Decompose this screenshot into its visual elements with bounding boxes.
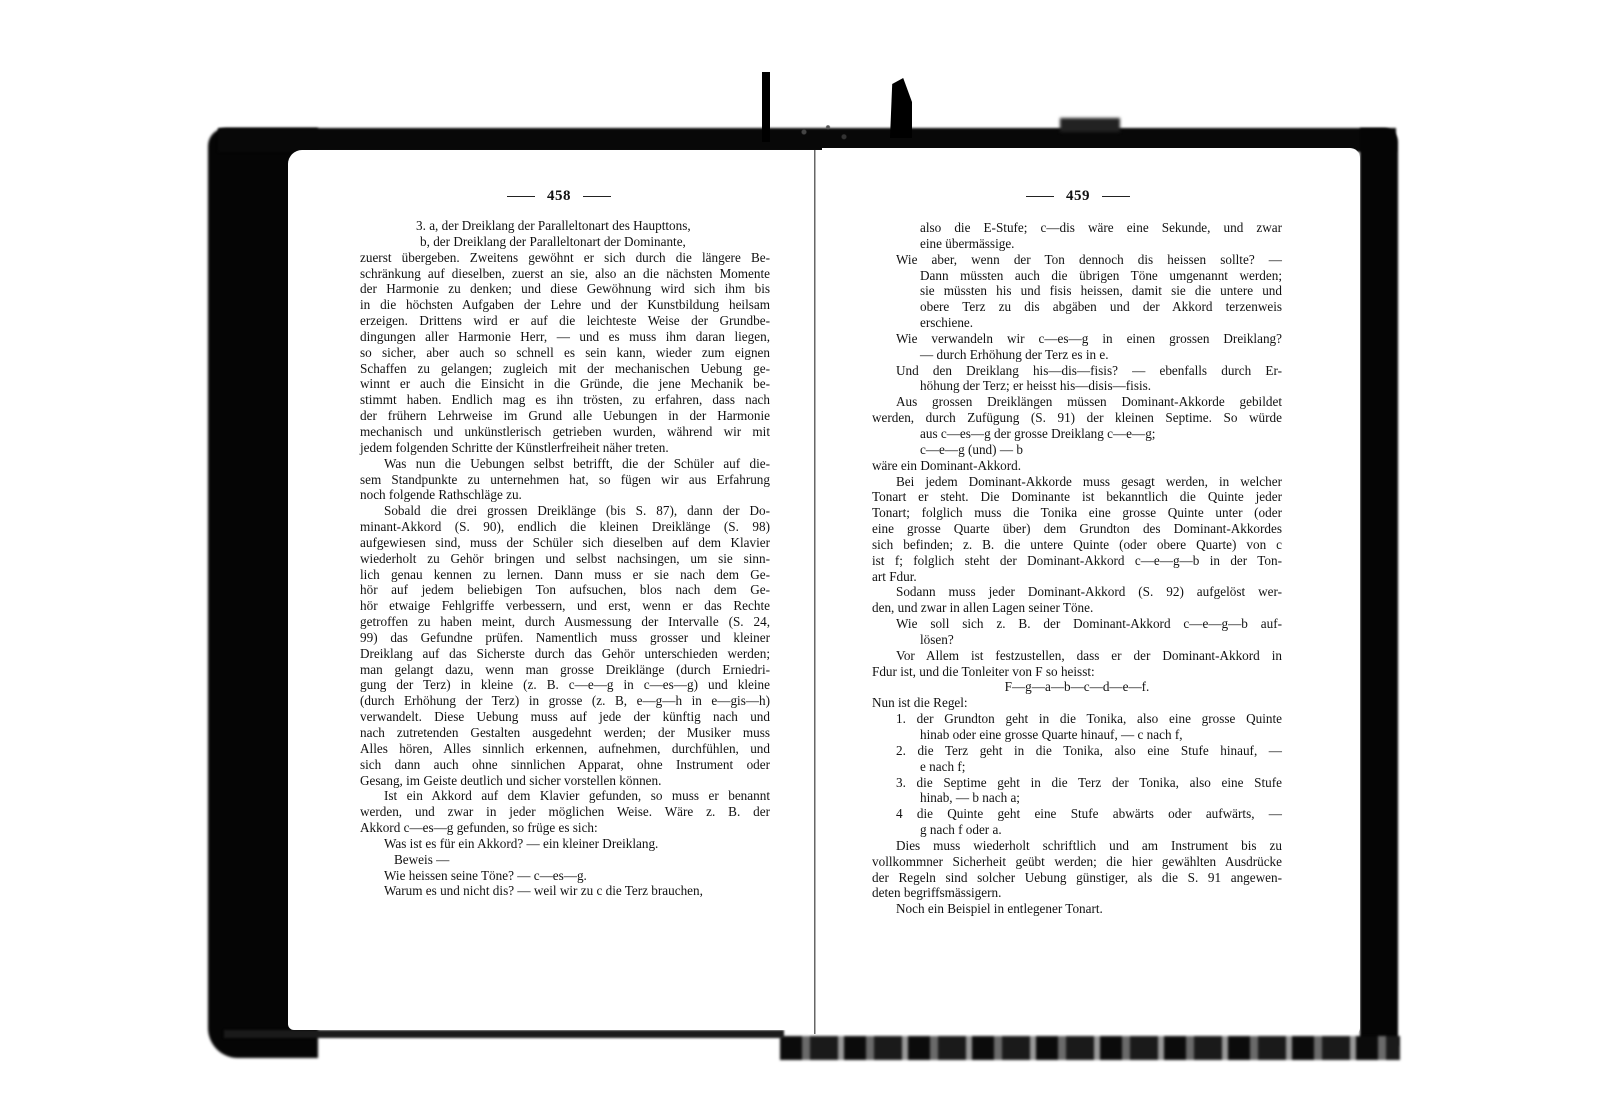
book-gutter (808, 150, 822, 1034)
page-number-text: 459 (1066, 188, 1090, 204)
text-line: hinab, — b nach a; (872, 790, 1282, 806)
scan-artifact-binding-tab (890, 78, 912, 138)
text-line: winnt er auch die Einsicht in die Gründe… (360, 376, 770, 392)
text-line: der Regeln sind solcher Uebung günstiger… (872, 870, 1282, 886)
text-line: Was nun die Uebungen selbst betrifft, di… (360, 456, 770, 472)
text-line: Tonart er steht. Die Dominante ist bekan… (872, 489, 1282, 505)
scanned-book-spread: 458 459 3. a, der Dreiklang der Parallel… (0, 0, 1600, 1108)
text-line: hinab oder eine grosse Quarte hinauf, — … (872, 727, 1282, 743)
text-line: Dies muss wiederholt schriftlich und am … (872, 838, 1282, 854)
text-line: Wie aber, wenn der Ton dennoch dis heiss… (872, 252, 1282, 268)
text-line: Was ist es für ein Akkord? — ein kleiner… (360, 836, 770, 852)
text-line: sem Standpunkte zu unternehmen hat, so f… (360, 472, 770, 488)
scan-artifact-binding-tab (762, 72, 770, 142)
text-line: Nun ist die Regel: (872, 695, 1282, 711)
text-line: werden, durch Zufügung (S. 91) der klein… (872, 410, 1282, 426)
text-line: vollkommner Sicherheit geübt werden; die… (872, 854, 1282, 870)
text-line: man gelangt dazu, wenn man grosse Dreikl… (360, 662, 770, 678)
text-line: Alles hören, Alles sinnlich erkennen, au… (360, 741, 770, 757)
text-line: in die höchsten Aufgaben der Lehre und d… (360, 297, 770, 313)
text-line: getroffen zu haben meint, durch Ausmessu… (360, 614, 770, 630)
page-number-text: 458 (547, 188, 571, 204)
text-line: — durch Erhöhung der Terz es in e. (872, 347, 1282, 363)
text-line: aufgewiesen sind, muss der Schüler sich … (360, 535, 770, 551)
text-line: 1. der Grundton geht in die Tonika, also… (872, 711, 1282, 727)
text-line: Fdur ist, und die Tonleiter von F so hei… (872, 664, 1282, 680)
text-line: g nach f oder a. (872, 822, 1282, 838)
text-line: Sodann muss jeder Dominant-Akkord (S. 92… (872, 584, 1282, 600)
text-line: 3. die Septime geht in die Terz der Toni… (872, 775, 1282, 791)
text-line: eine grosse Quarte über) dem Grundton de… (872, 521, 1282, 537)
text-line: also die E-Stufe; c—dis wäre eine Sekund… (872, 220, 1282, 236)
right-page-number: 459 (1014, 188, 1142, 205)
book-cover-right-edge (1360, 128, 1398, 1046)
text-line: Wie heissen seine Töne? — c—es—g. (360, 868, 770, 884)
text-line: 99) das Gefundne prüfen. Namentlich muss… (360, 630, 770, 646)
text-line: schränkung auf dieselben, zuerst an sie,… (360, 266, 770, 282)
text-line: erzeigen. Drittens wird er auf die leich… (360, 313, 770, 329)
text-line: Und den Dreiklang his—dis—fisis? — ebenf… (872, 363, 1282, 379)
text-line: den, und zwar in allen Lagen seiner Töne… (872, 600, 1282, 616)
text-line: erschiene. (872, 315, 1282, 331)
text-line: minant-Akkord (S. 90), endlich die klein… (360, 519, 770, 535)
text-line: art Fdur. (872, 569, 1282, 585)
text-line: Akkord c—es—g gefunden, so früge es sich… (360, 820, 770, 836)
text-line: obere Terz zu dis abgäben und der Akkord… (872, 299, 1282, 315)
text-line: hör etwaige Fehlgriffe verbessern, und e… (360, 598, 770, 614)
text-line: sie müssten his und fisis heissen, damit… (872, 283, 1282, 299)
text-line: 4 die Quinte geht eine Stufe abwärts ode… (872, 806, 1282, 822)
text-line: Aus grossen Dreiklängen müssen Dominant-… (872, 394, 1282, 410)
text-line: Beweis — (360, 852, 770, 868)
left-page-number: 458 (495, 188, 623, 205)
text-line: nach zutretenden Gestalten ausgedehnt we… (360, 725, 770, 741)
book-cover-bottom-edge (780, 1036, 1400, 1060)
text-line: aus c—es—g der grosse Dreiklang c—e—g; (872, 426, 1282, 442)
text-line: sich befinden; z. B. die untere Quinte (… (872, 537, 1282, 553)
text-line: Wie verwandeln wir c—es—g in einen gross… (872, 331, 1282, 347)
text-line: mechanisch und unkünstlerisch getrieben … (360, 424, 770, 440)
text-line: (durch Erhöhung der Terz) in grosse (z. … (360, 693, 770, 709)
text-line: Schaffen zu gelangen; zugleich mit der m… (360, 361, 770, 377)
text-line: deten begriffsmässigern. (872, 885, 1282, 901)
text-line: der Harmonie zu denken; und diese Gewöhn… (360, 281, 770, 297)
text-line: Ist ein Akkord auf dem Klavier gefunden,… (360, 788, 770, 804)
text-line: wiederholt zu Gehör bringen und selbst n… (360, 551, 770, 567)
text-line: Noch ein Beispiel in entlegener Tonart. (872, 901, 1282, 917)
text-line: lösen? (872, 632, 1282, 648)
text-line: 2. die Terz geht in die Tonika, also ein… (872, 743, 1282, 759)
text-line: Dann müssten auch die übrigen Töne umgen… (872, 268, 1282, 284)
text-line: der frühern Lehrweise im Grund alle Uebu… (360, 408, 770, 424)
text-line: Gesang, im Geiste deutlich und sicher vo… (360, 773, 770, 789)
text-line: Warum es und nicht dis? — weil wir zu c … (360, 883, 770, 899)
text-line: so sicher, aber auch so schnell es sein … (360, 345, 770, 361)
text-line: jedem folgenden Schritte der Künstlerfre… (360, 440, 770, 456)
left-page-text-column: 3. a, der Dreiklang der Paralleltonart d… (360, 218, 770, 899)
text-line: höhung der Terz; er heisst his—disis—fis… (872, 378, 1282, 394)
text-line: Tonart; folglich muss die Tonika eine gr… (872, 505, 1282, 521)
text-line: Vor Allem ist festzustellen, dass er der… (872, 648, 1282, 664)
text-line: b, der Dreiklang der Paralleltonart der … (360, 234, 770, 250)
text-line: e nach f; (872, 759, 1282, 775)
text-line: wäre ein Dominant-Akkord. (872, 458, 1282, 474)
text-line: eine übermässige. (872, 236, 1282, 252)
text-line: verwandelt. Diese Uebung muss auf jede d… (360, 709, 770, 725)
text-line: gung der Terz) in kleine (z. B. c—e—g in… (360, 677, 770, 693)
scan-artifact-speckle (780, 120, 860, 144)
text-line: stimmt haben. Endlich mag es ihn trösten… (360, 392, 770, 408)
text-line: Sobald die drei grossen Dreiklänge (bis … (360, 503, 770, 519)
text-line: sich dann auch ohne sinnlichen Apparat, … (360, 757, 770, 773)
text-line: ist f; folglich steht der Dominant-Akkor… (872, 553, 1282, 569)
text-line: Wie soll sich z. B. der Dominant-Akkord … (872, 616, 1282, 632)
book-page-bottom-shadow (224, 1030, 784, 1038)
text-line: lich genau kennen zu lernen. Dann muss e… (360, 567, 770, 583)
text-line: F—g—a—b—c—d—e—f. (872, 679, 1282, 695)
text-line: c—e—g (und) — b (872, 442, 1282, 458)
text-line: hör auf jedem beliebigen Ton aufsuchen, … (360, 582, 770, 598)
text-line: dingungen aller Harmonie Herr, — und es … (360, 329, 770, 345)
right-page-text-column: also die E-Stufe; c—dis wäre eine Sekund… (872, 220, 1282, 917)
text-line: 3. a, der Dreiklang der Paralleltonart d… (360, 218, 770, 234)
text-line: Dreiklang auf das Sicherste durch das Ge… (360, 646, 770, 662)
scan-artifact-smudge (1060, 118, 1120, 132)
text-line: Bei jedem Dominant-Akkorde muss gesagt w… (872, 474, 1282, 490)
text-line: werden, und zwar in jeder möglichen Weis… (360, 804, 770, 820)
text-line: noch folgende Rathschläge zu. (360, 487, 770, 503)
text-line: zuerst übergeben. Zweitens gewöhnt er si… (360, 250, 770, 266)
